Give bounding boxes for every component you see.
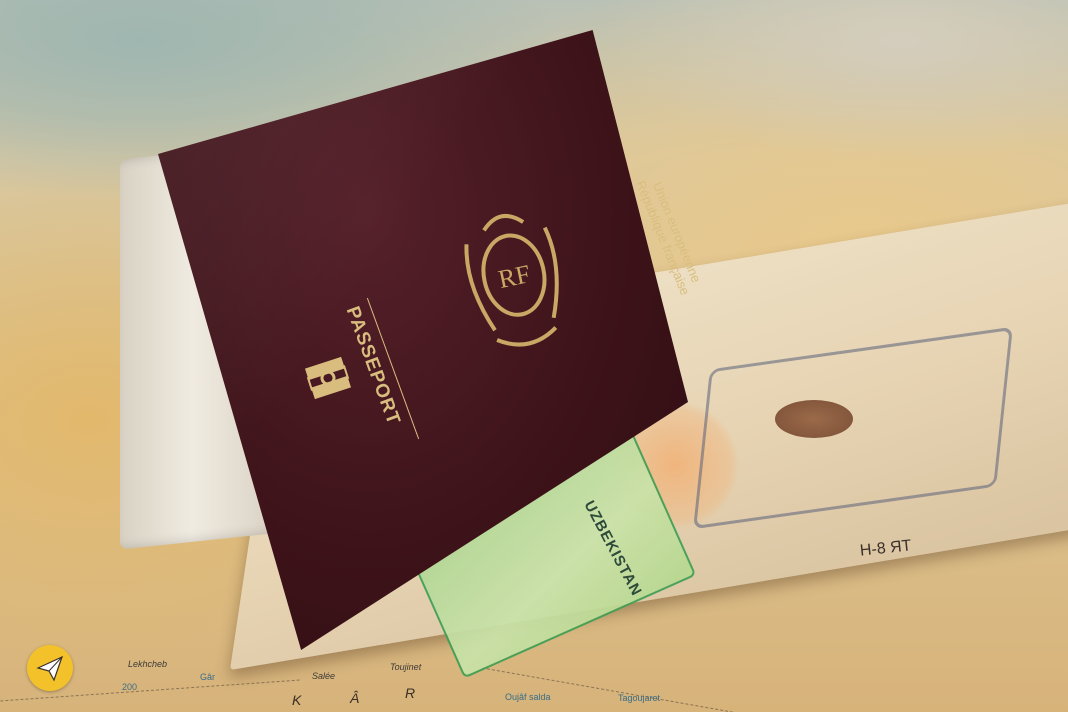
map-label: Oujâf salda [505, 692, 551, 702]
map-letter: Â [350, 690, 361, 706]
watermark-badge [27, 645, 73, 691]
photo-scene: Lekhcheb 200 Salée Toujinet Oujâf salda … [0, 0, 1068, 712]
map-label: 200 [122, 682, 137, 692]
map-label: Salée [312, 671, 335, 681]
map-route [482, 667, 738, 712]
coin [775, 400, 853, 438]
svg-text:RF: RF [496, 259, 533, 294]
paper-plane-icon [36, 654, 64, 682]
map-letter: K [292, 692, 303, 708]
map-letter: R [405, 685, 417, 701]
map-label: Toujinet [390, 662, 421, 672]
map-label: Lekhcheb [128, 659, 167, 669]
map-label: Tagoujaret [618, 693, 660, 703]
map-label: Gâr [200, 672, 215, 682]
